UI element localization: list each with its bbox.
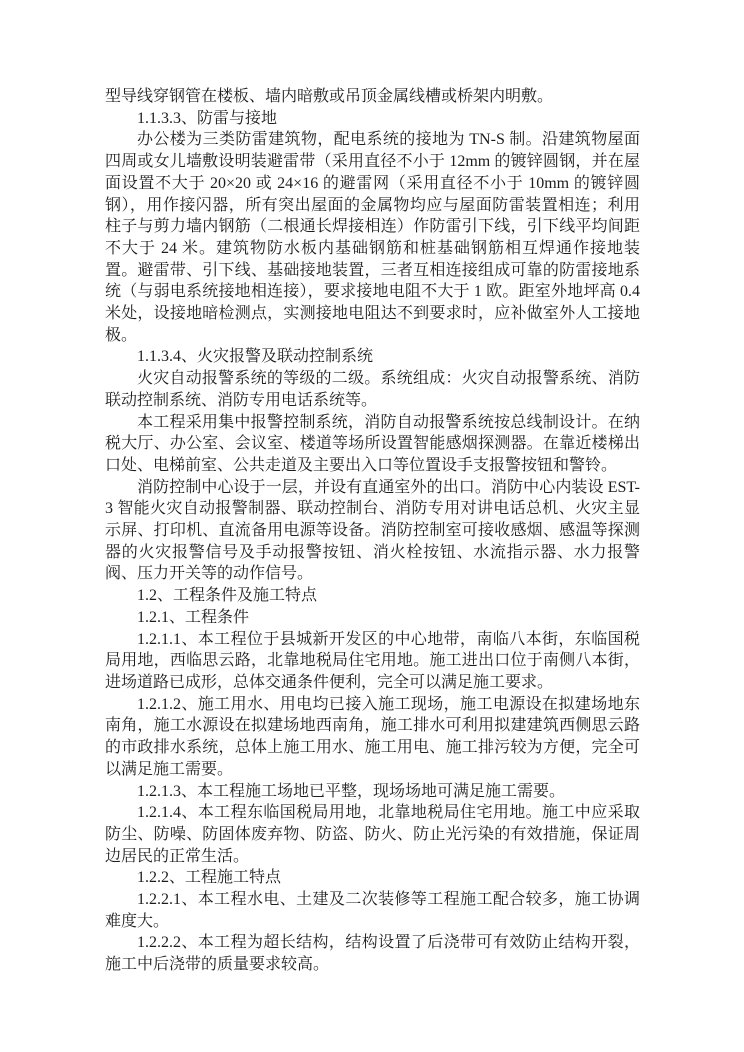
section-heading-1-2-1: 1.2.1、工程条件 [105,607,640,629]
paragraph-environment-protection: 1.2.1.4、本工程东临国税局用地，北靠地税局住宅用地。施工中应采取防尘、防噪… [105,802,640,867]
section-heading-1-2-2: 1.2.2、工程施工特点 [105,867,640,889]
paragraph-fire-alarm-level: 火灾自动报警系统的等级的二级。系统组成：火灾自动报警系统、消防联动控制系统、消防… [105,368,640,411]
paragraph-post-cast-strip: 1.2.2.2、本工程为超长结构，结构设置了后浇带可有效防止结构开裂，施工中后浇… [105,932,640,975]
paragraph-fire-control-center: 消防控制中心设于一层，并设有直通室外的出口。消防中心内装设 EST-3 智能火灾… [105,477,640,586]
paragraph-alarm-control-system: 本工程采用集中报警控制系统，消防自动报警系统按总线制设计。在纳税大厅、办公室、会… [105,412,640,477]
paragraph-continuation: 型导线穿钢管在楼板、墙内暗敷或吊顶金属线槽或桥架内明敷。 [105,86,640,108]
paragraph-site-location: 1.2.1.1、本工程位于县城新开发区的中心地带，南临八本街，东临国税局用地，西… [105,629,640,694]
paragraph-water-power: 1.2.1.2、施工用水、用电均已接入施工现场，施工电源设在拟建场地东南角，施工… [105,694,640,781]
document-page: 型导线穿钢管在楼板、墙内暗敷或吊顶金属线槽或桥架内明敷。 1.1.3.3、防雷与… [0,0,744,1052]
paragraph-lightning-grounding: 办公楼为三类防雷建筑物，配电系统的接地为 TN-S 制。沿建筑物屋面四周或女儿墙… [105,129,640,346]
section-heading-1-2: 1.2、工程条件及施工特点 [105,585,640,607]
paragraph-site-leveled: 1.2.1.3、本工程施工场地已平整，现场场地可满足施工需要。 [105,781,640,803]
section-heading-1-1-3-3: 1.1.3.3、防雷与接地 [105,108,640,130]
section-heading-1-1-3-4: 1.1.3.4、火灾报警及联动控制系统 [105,346,640,368]
paragraph-coordination-difficulty: 1.2.2.1、本工程水电、土建及二次装修等工程施工配合较多，施工协调难度大。 [105,889,640,932]
